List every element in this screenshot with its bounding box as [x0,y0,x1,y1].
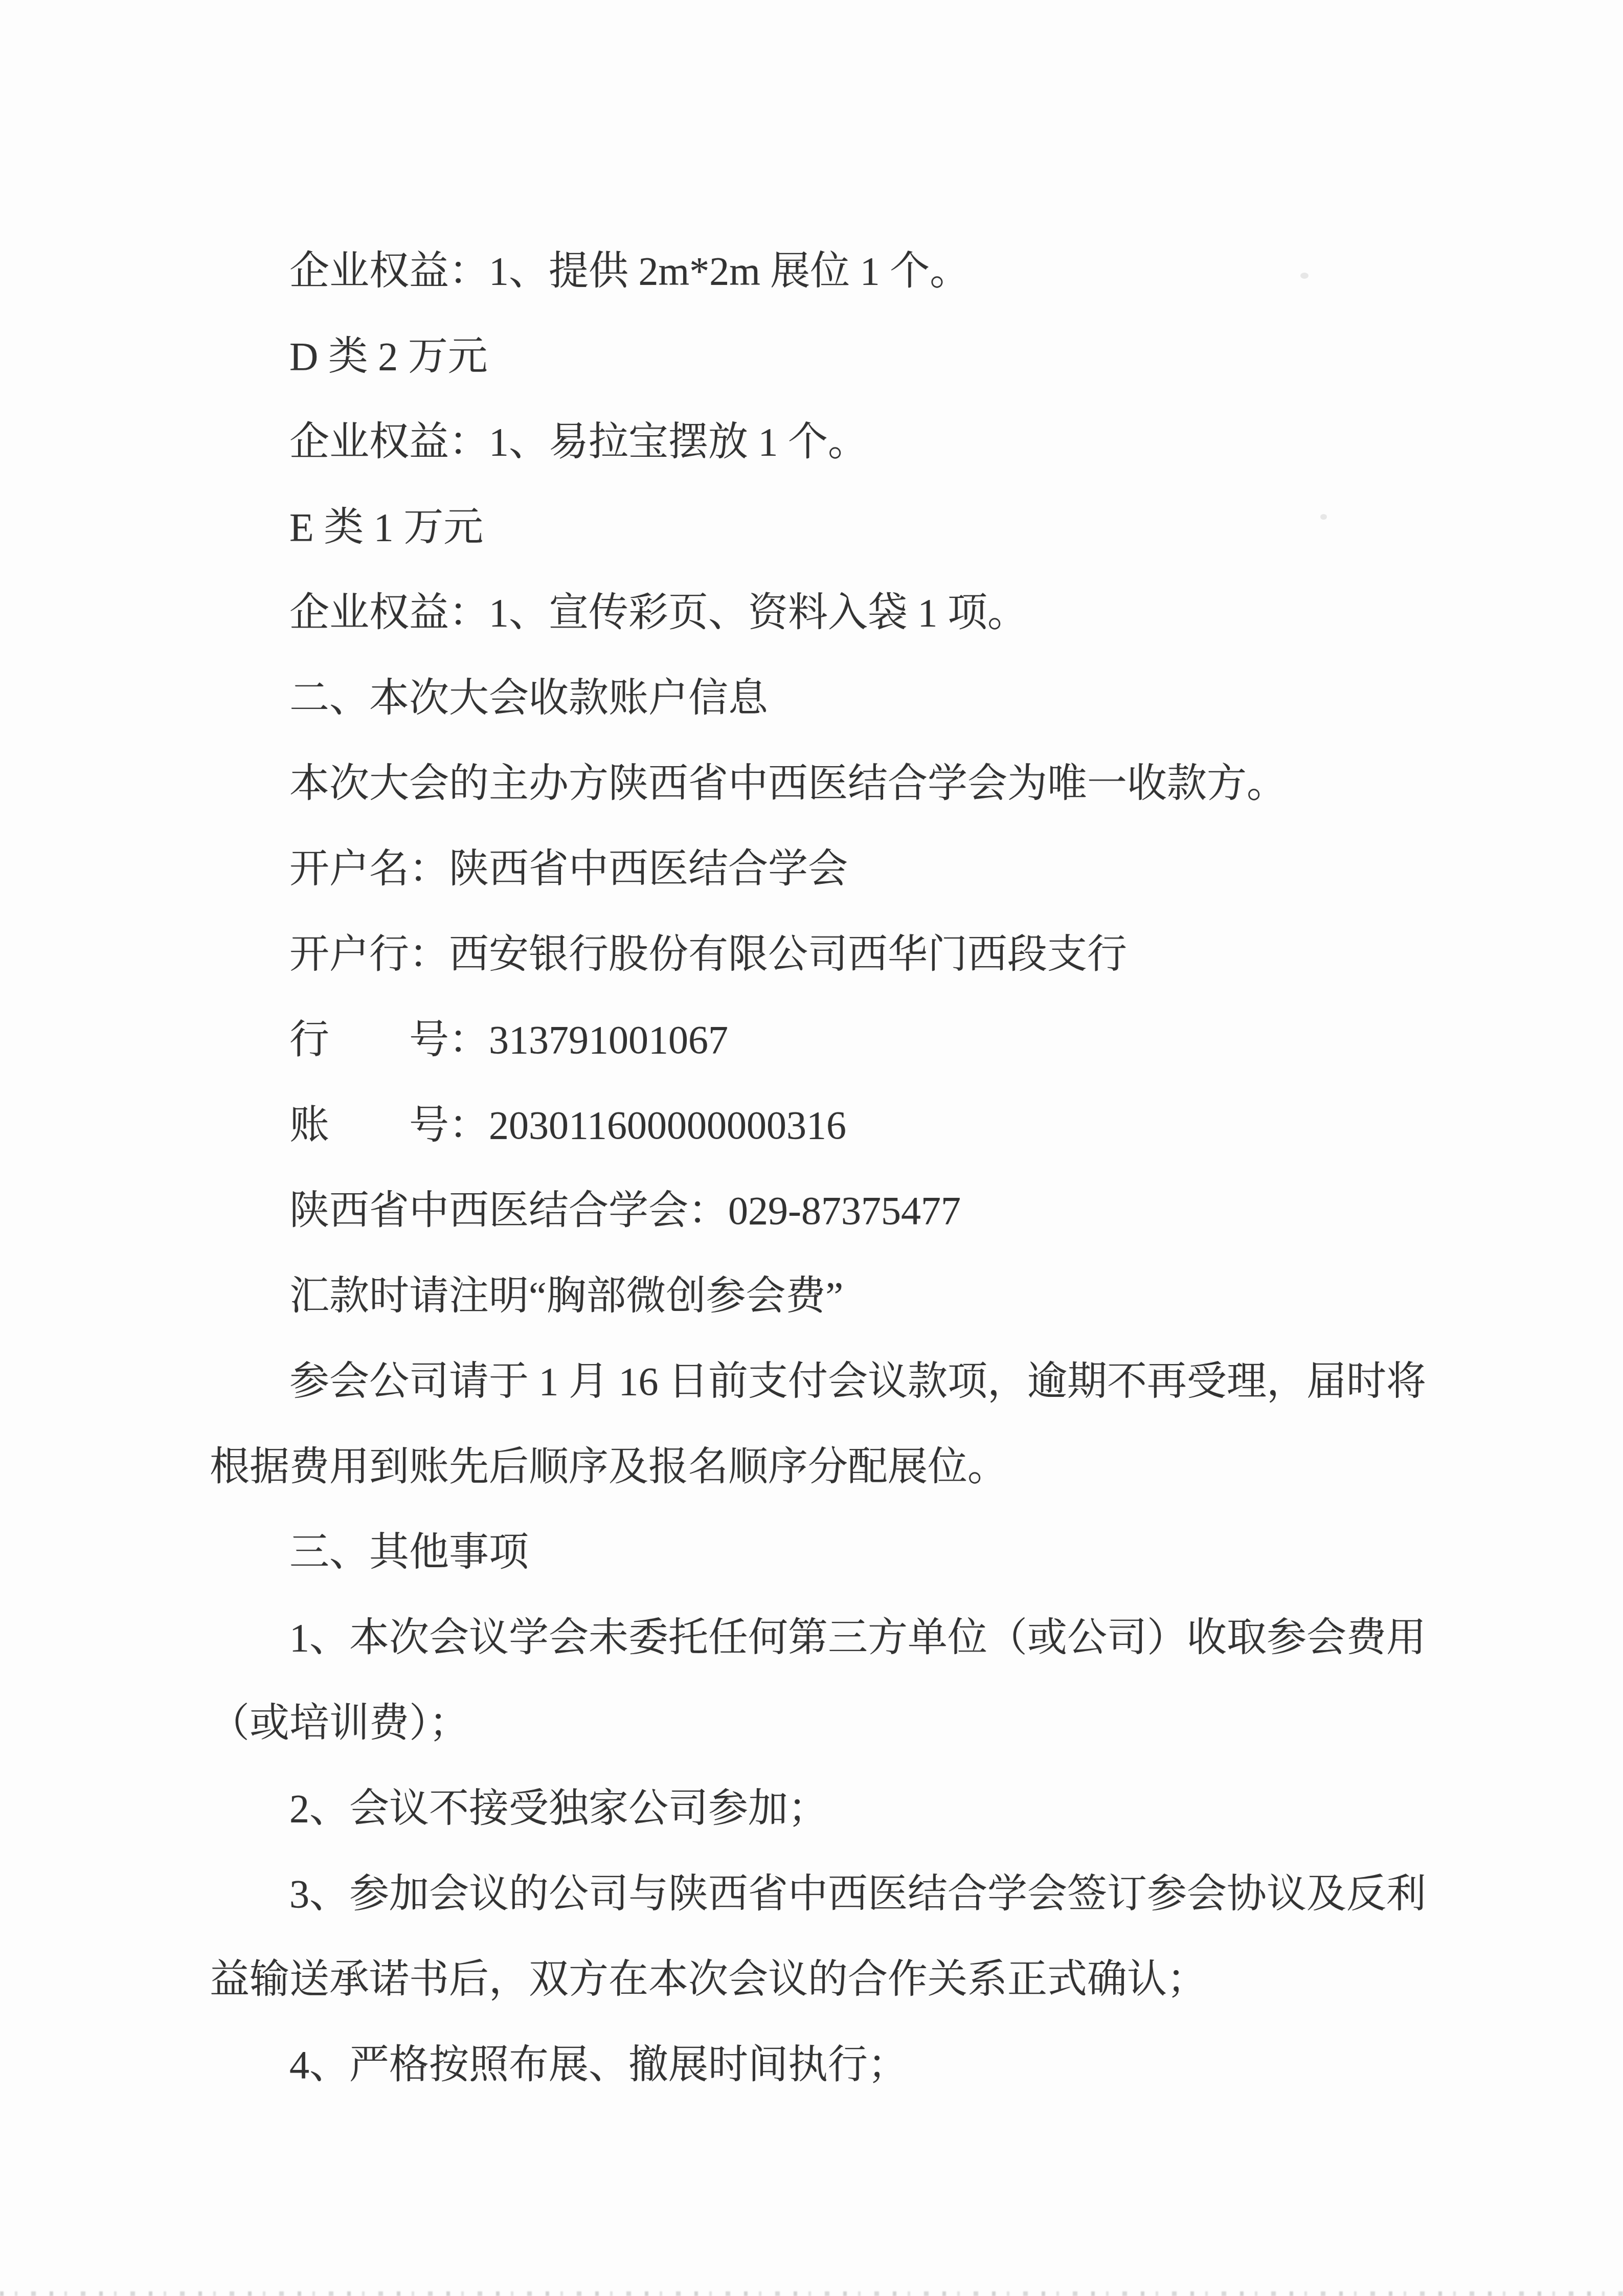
line-account-number: 账 号：203011600000000316 [210,1082,1422,1168]
scanned-document-page: 企业权益：1、提供 2m*2m 展位 1 个。 D 类 2 万元 企业权益：1、… [0,0,1623,2296]
line-benefit-booth: 企业权益：1、提供 2m*2m 展位 1 个。 [210,228,1422,314]
line-bank-number: 行 号：313791001067 [210,997,1422,1082]
line-benefit-banner: 企业权益：1、易拉宝摆放 1 个。 [210,399,1422,484]
line-section2-heading: 二、本次大会收款账户信息 [210,655,1422,741]
scan-artifact-speck [1320,514,1327,520]
line-class-e-price: E 类 1 万元 [210,484,1422,570]
scan-edge-noise [0,2291,1623,2296]
scan-artifact-speck [1300,273,1309,279]
line-remittance-memo: 汇款时请注明“胸部微创参会费” [210,1253,1422,1339]
document-text-block: 企业权益：1、提供 2m*2m 展位 1 个。 D 类 2 万元 企业权益：1、… [210,228,1422,2107]
line-other-item1-part1: 1、本次会议学会未委托任何第三方单位（或公司）收取参会费用 [210,1595,1422,1680]
line-other-item3-part1: 3、参加会议的公司与陕西省中西医结合学会签订参会协议及反利 [210,1851,1422,1936]
line-contact-phone: 陕西省中西医结合学会：029-87375477 [210,1168,1422,1253]
line-other-item1-part2: （或培训费）； [210,1680,1422,1766]
line-sole-payee-note: 本次大会的主办方陕西省中西医结合学会为唯一收款方。 [210,741,1422,826]
line-other-item3-part2: 益输送承诺书后，双方在本次会议的合作关系正式确认； [210,1936,1422,2022]
line-other-item4: 4、严格按照布展、撤展时间执行； [210,2022,1422,2107]
line-class-d-price: D 类 2 万元 [210,314,1422,399]
line-benefit-flyer: 企业权益：1、宣传彩页、资料入袋 1 项。 [210,570,1422,655]
line-account-holder-name: 开户名：陕西省中西医结合学会 [210,826,1422,911]
line-other-item2: 2、会议不接受独家公司参加； [210,1766,1422,1851]
line-payment-deadline-2: 根据费用到账先后顺序及报名顺序分配展位。 [210,1424,1422,1509]
line-section3-heading: 三、其他事项 [210,1509,1422,1595]
line-payment-deadline-1: 参会公司请于 1 月 16 日前支付会议款项，逾期不再受理，届时将 [210,1339,1422,1424]
line-bank-branch: 开户行：西安银行股份有限公司西华门西段支行 [210,911,1422,997]
